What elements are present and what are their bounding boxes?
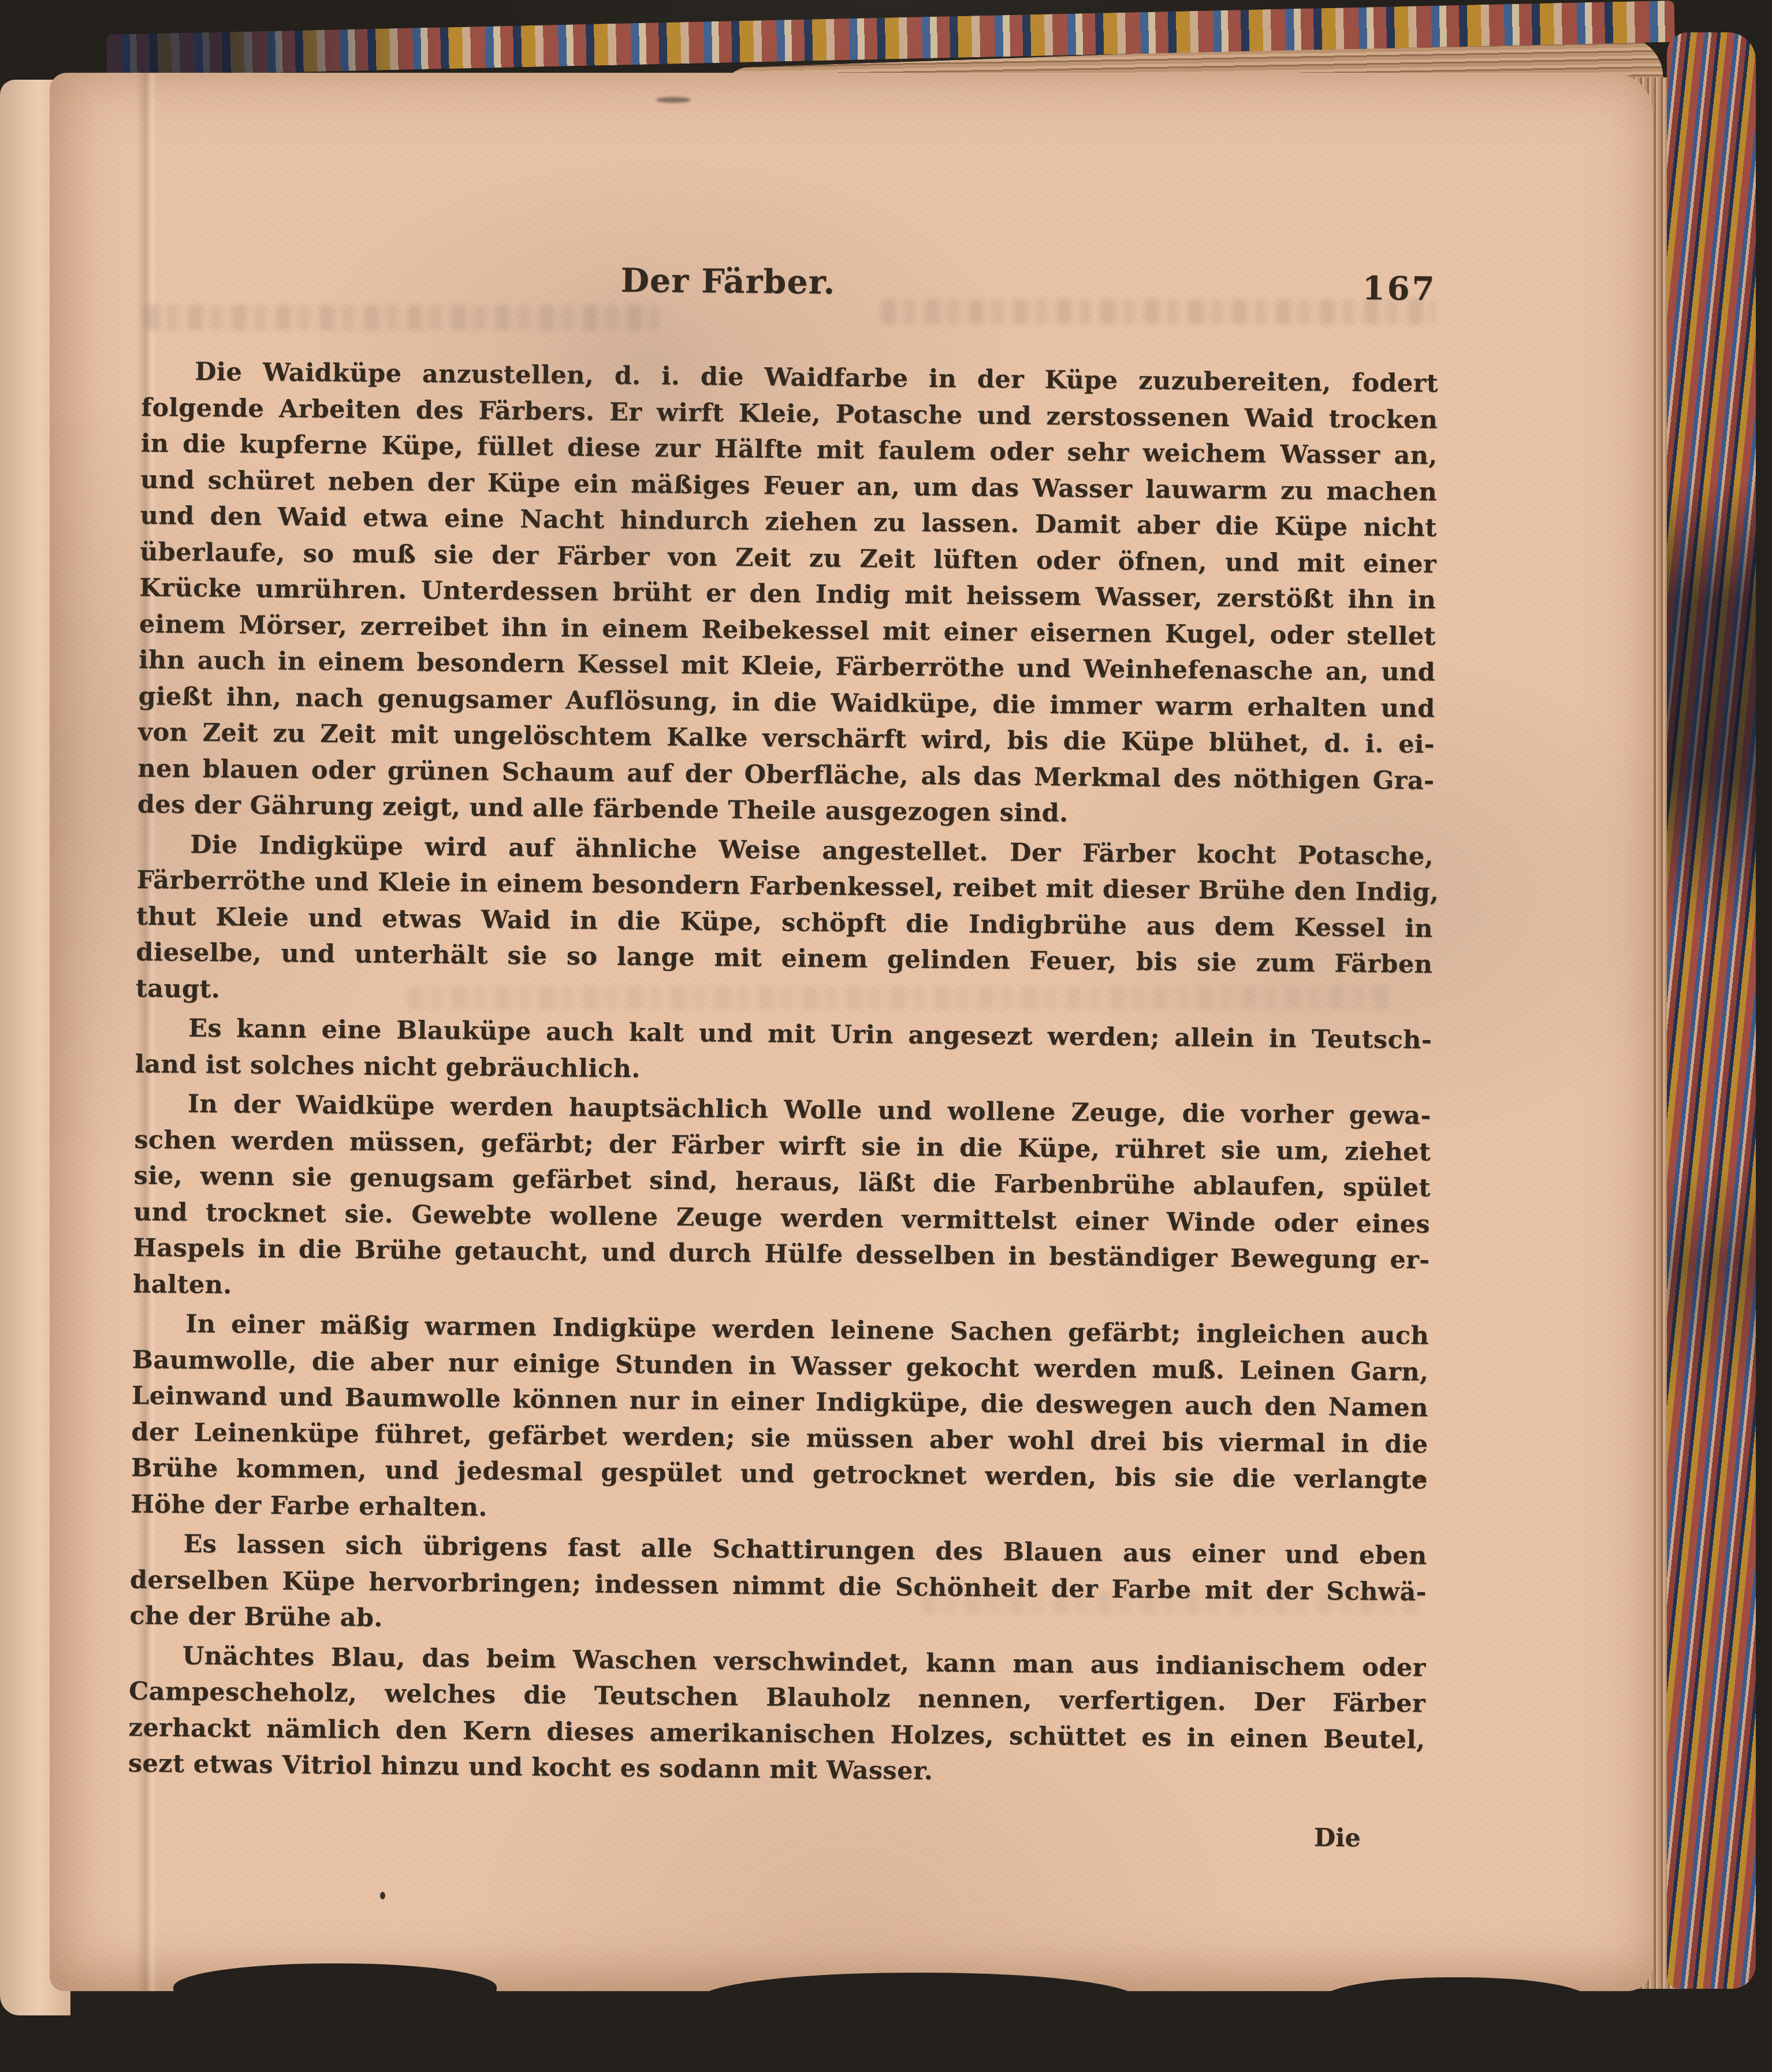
torn-bottom-edge	[1323, 1977, 1588, 2022]
running-header: Der Färber.	[620, 261, 835, 302]
catchword: Die	[1314, 1824, 1361, 1853]
body-text: Die Waidküpe anzustellen, d. i. die Waid…	[128, 353, 1439, 1794]
marbled-cover-right-edge	[1667, 32, 1756, 1989]
torn-bottom-edge	[173, 1963, 497, 2013]
book-page-scan: Der Färber. 167 Die Waidküpe anzustellen…	[0, 0, 1772, 2072]
page-header: Der Färber. 167	[142, 256, 1439, 315]
page-number: 167	[1362, 269, 1437, 308]
printed-content: Der Färber. 167 Die Waidküpe anzustellen…	[126, 73, 1441, 2003]
book-page: Der Färber. 167 Die Waidküpe anzustellen…	[50, 73, 1653, 1991]
torn-bottom-edge	[699, 1973, 1138, 2028]
